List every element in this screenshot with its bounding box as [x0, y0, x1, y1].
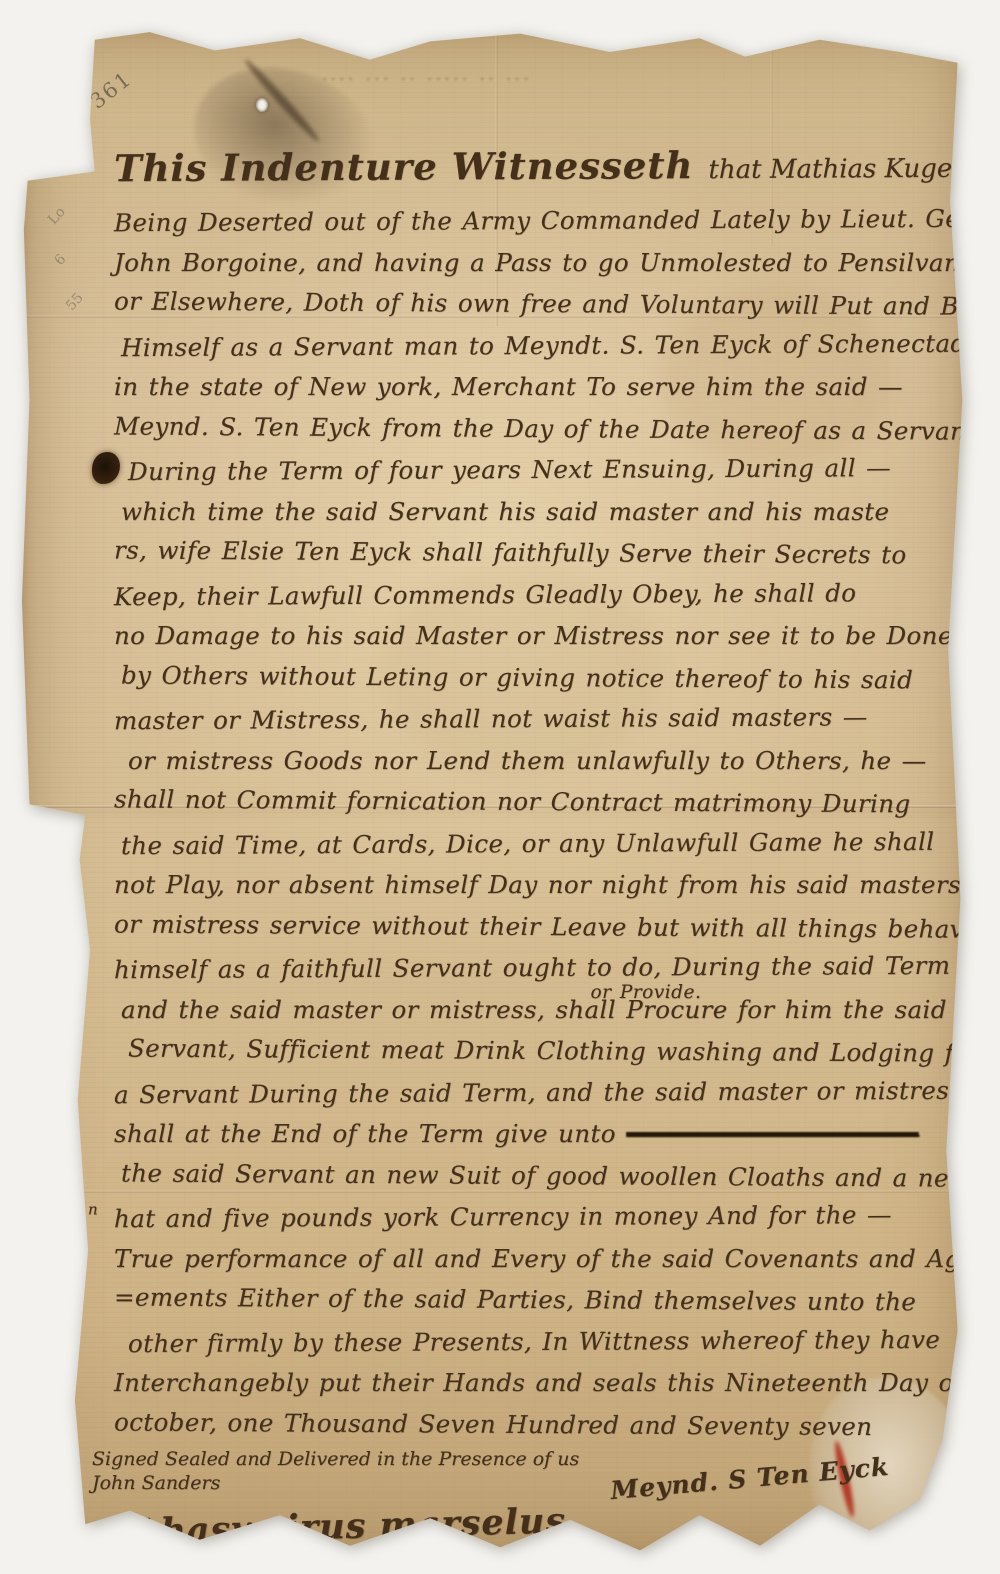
line-text: himself as a faithfull Servant ought to …	[114, 951, 986, 985]
manuscript-line: shall not Commit fornication nor Contrac…	[114, 778, 950, 825]
pencil-edge-mark: 55	[63, 290, 87, 314]
line-text: by Others without Leting or giving notic…	[121, 660, 913, 694]
pencil-edge-mark: 6	[52, 251, 70, 268]
line-text: or mistress service without their Leave …	[114, 909, 979, 943]
witness-signature: Ahasweirus marselus	[132, 1490, 951, 1552]
manuscript-line: or Elsewhere, Doth of his own free and V…	[114, 280, 950, 327]
line-text: october, one Thousand Seven Hundred and …	[114, 1407, 873, 1441]
manuscript-line: Being Deserted out of the Army Commanded…	[114, 198, 950, 244]
manuscript-line: shall at the End of the Term give unto —…	[114, 1113, 950, 1155]
manuscript-line: Keep, their Lawfull Commends Gleadly Obe…	[114, 571, 950, 617]
line-text: =ements Either of the said Parties, Bind…	[114, 1282, 916, 1316]
manuscript-line: John Borgoine, and having a Pass to go U…	[114, 242, 950, 284]
manuscript-line: himself as a faithfull Servant ought to …	[114, 945, 950, 991]
line-text: John Borgoine, and having a Pass to go U…	[114, 248, 983, 277]
line-text: not Play, nor absent himself Day nor nig…	[114, 870, 961, 899]
manuscript-line: =ements Either of the said Parties, Bind…	[114, 1276, 950, 1323]
line-text: shall not Commit fornication nor Contrac…	[114, 784, 911, 818]
line-text: no Damage to his said Master or Mistress…	[114, 621, 953, 650]
scanned-document: ···· ··· ·· ····· ·· ··· 361 Lo 6 55 Thi…	[0, 0, 1000, 1574]
manuscript-line: and the said master or mistress, shall P…	[114, 989, 950, 1031]
line-text: other firmly by these Presents, In Wittn…	[128, 1324, 940, 1357]
interlineation: or Provide.	[591, 972, 702, 1014]
line-text: the said Servant an new Suit of good woo…	[121, 1158, 970, 1192]
line-text: Meynd. S. Ten Eyck from the Day of the D…	[114, 411, 977, 445]
line-text: rs, wife Elsie Ten Eyck shall faithfully…	[114, 535, 907, 569]
punch-hole	[256, 98, 268, 112]
line-text: a Servant During the said Term, and the …	[114, 1075, 962, 1108]
line-text: which time the said Servant his said mas…	[121, 497, 889, 526]
line-text: Interchangebly put their Hands and seals…	[114, 1368, 963, 1397]
manuscript-line: rs, wife Elsie Ten Eyck shall faithfully…	[114, 529, 950, 576]
manuscript-line: october, one Thousand Seven Hundred and …	[114, 1401, 950, 1448]
manuscript-text: This Indenture Witnesseth that Mathias K…	[114, 144, 950, 1542]
manuscript-line: Meynd. S. Ten Eyck from the Day of the D…	[114, 405, 950, 452]
line-text: True performance of all and Every of the…	[114, 1244, 988, 1273]
document-heading: This Indenture Witnesseth that Mathias K…	[114, 142, 950, 190]
manuscript-line: Servant, Sufficient meat Drink Clothing …	[114, 1027, 950, 1074]
manuscript-line: or mistress service without their Leave …	[114, 903, 950, 950]
manuscript-line: which time the said Servant his said mas…	[114, 491, 950, 533]
heading-continuation: that Mathias Kugerlin	[708, 154, 998, 186]
manuscript-line: a Servant During the said Term, and the …	[114, 1069, 950, 1115]
margin-mark: n	[88, 1189, 98, 1231]
manuscript-line: no Damage to his said Master or Mistress…	[114, 615, 950, 657]
line-text: and the said master or mistress, shall P…	[121, 995, 947, 1024]
line-text: shall at the End of the Term give unto	[114, 1119, 626, 1148]
manuscript-line: Himself as a Servant man to Meyndt. S. T…	[114, 322, 950, 368]
manuscript-line: hat and five pounds york Currency in mon…	[114, 1194, 950, 1240]
manuscript-line: by Others without Leting or giving notic…	[114, 654, 950, 701]
line-text: Servant, Sufficient meat Drink Clothing …	[128, 1034, 1000, 1068]
line-text: Being Deserted out of the Army Commanded…	[114, 203, 1000, 237]
manuscript-line: in the state of New york, Merchant To se…	[114, 366, 950, 408]
line-text: or Elsewhere, Doth of his own free and V…	[114, 286, 999, 320]
manuscript-body: Being Deserted out of the Army Commanded…	[114, 200, 950, 1445]
line-text: Himself as a Servant man to Meyndt. S. T…	[121, 328, 981, 362]
manuscript-line: During the Term of four years Next Ensui…	[114, 447, 950, 493]
manuscript-line: the said Time, at Cards, Dice, or any Un…	[114, 820, 950, 866]
line-text: the said Time, at Cards, Dice, or any Un…	[121, 826, 935, 859]
manuscript-line: True performance of all and Every of the…	[114, 1238, 950, 1280]
line-text: Keep, their Lawfull Commends Gleadly Obe…	[114, 578, 857, 611]
pencil-edge-mark: Lo	[45, 204, 69, 228]
manuscript-line: other firmly by these Presents, In Wittn…	[114, 1318, 950, 1364]
manuscript-line: not Play, nor absent himself Day nor nig…	[114, 864, 950, 906]
manuscript-line: master or Mistress, he shall not waist h…	[114, 696, 950, 742]
line-text: hat and five pounds york Currency in mon…	[114, 1200, 892, 1233]
manuscript-line: or mistress Goods nor Lend them unlawful…	[114, 740, 950, 782]
inked-out-text: —————————————	[626, 1119, 919, 1148]
archive-number: 361	[85, 66, 136, 113]
document-paper: ···· ··· ·· ····· ·· ··· 361 Lo 6 55 Thi…	[22, 26, 967, 1558]
manuscript-line: Interchangebly put their Hands and seals…	[114, 1362, 950, 1404]
line-text: or mistress Goods nor Lend them unlawful…	[128, 746, 927, 775]
faint-stamp: ···· ··· ·· ····· ·· ···	[322, 70, 612, 88]
line-text: During the Term of four years Next Ensui…	[128, 453, 891, 486]
manuscript-line: the said Servant an new Suit of good woo…	[114, 1152, 950, 1199]
line-text: master or Mistress, he shall not waist h…	[114, 702, 868, 735]
line-text: in the state of New york, Merchant To se…	[114, 372, 903, 401]
heading-opening-words: This Indenture Witnesseth	[114, 143, 694, 190]
